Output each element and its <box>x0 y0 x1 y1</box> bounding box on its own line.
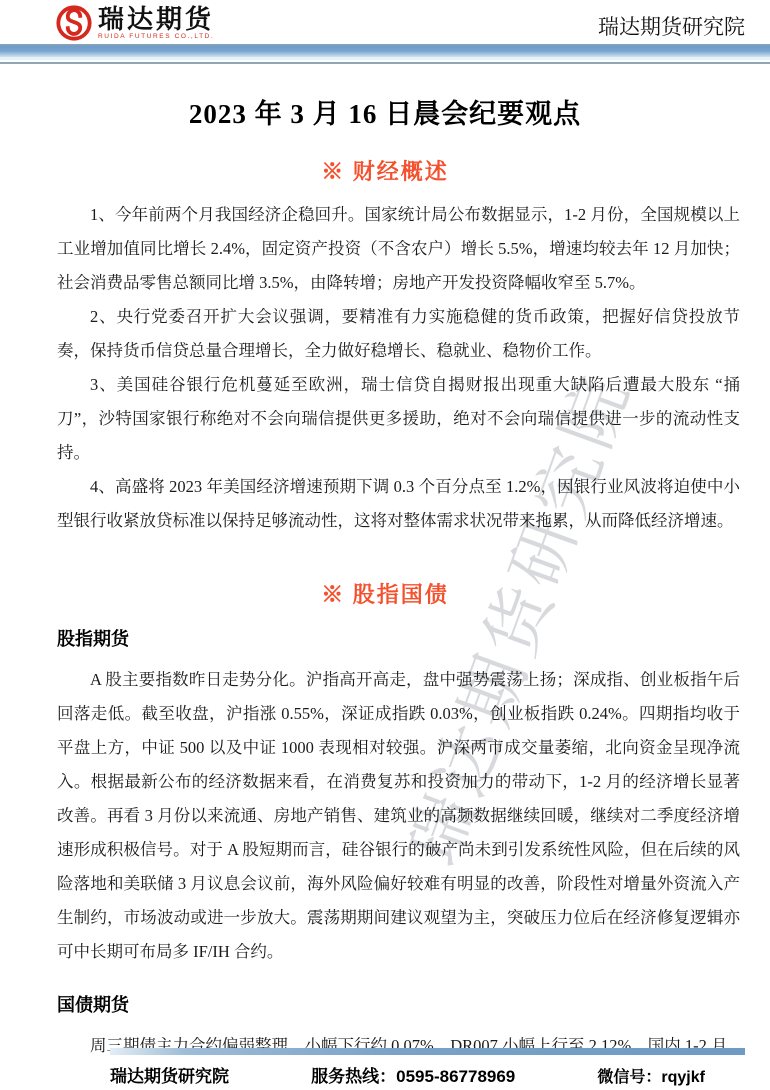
page-header: 瑞达期货 RUIDA FUTURES CO.,LTD. 瑞达期货研究院 <box>0 0 770 44</box>
section-heading-finance-overview: ※ 财经概述 <box>0 155 770 186</box>
page-footer: 瑞达期货研究院 服务热线：0595-86778969 微信号：rqyjkf <box>110 1062 745 1087</box>
paragraph-1: 1、今年前两个月我国经济企稳回升。国家统计局公布数据显示，1-2 月份，全国规模… <box>57 198 740 300</box>
subheading-stock-index-futures: 股指期货 <box>57 625 740 651</box>
document-body: 2023 年 3 月 16 日晨会纪要观点 ※ 财经概述 1、今年前两个月我国经… <box>0 62 770 1063</box>
finance-overview-paragraphs: 1、今年前两个月我国经济企稳回升。国家统计局公布数据显示，1-2 月份，全国规模… <box>57 198 740 538</box>
footer-institute: 瑞达期货研究院 <box>110 1062 229 1087</box>
header-divider-bar <box>0 44 770 64</box>
ruida-emblem-icon <box>55 4 93 42</box>
logo-name-en: RUIDA FUTURES CO.,LTD. <box>98 34 214 41</box>
paragraph-2: 2、央行党委召开扩大会议强调，要精准有力实施稳健的货币政策，把握好信贷投放节奏，… <box>57 300 740 368</box>
stock-index-futures-paragraphs: A 股主要指数昨日走势分化。沪指高开高走，盘中强势震荡上扬；深成指、创业板指午后… <box>57 663 740 969</box>
footer-hotline: 服务热线：0595-86778969 <box>311 1062 515 1087</box>
section-heading-index-bonds: ※ 股指国债 <box>0 578 770 609</box>
document-title: 2023 年 3 月 16 日晨会纪要观点 <box>0 92 770 131</box>
subheading-treasury-futures: 国债期货 <box>57 991 740 1017</box>
treasury-futures-paragraphs: 周三期债主力合约偏弱整理，小幅下行约 0.07%，DR007 小幅上行至 2.1… <box>57 1029 740 1063</box>
logo-name-cn: 瑞达期货 <box>98 6 214 32</box>
stock-index-paragraph: A 股主要指数昨日走势分化。沪指高开高走，盘中强势震荡上扬；深成指、创业板指午后… <box>57 663 740 969</box>
paragraph-3: 3、美国硅谷银行危机蔓延至欧洲，瑞士信贷自揭财报出现重大缺陷后遭最大股东 “捅刀… <box>57 368 740 470</box>
footer-wechat: 微信号：rqyjkf <box>597 1064 705 1087</box>
footer-divider-bar <box>110 1048 745 1055</box>
treasury-paragraph: 周三期债主力合约偏弱整理，小幅下行约 0.07%，DR007 小幅上行至 2.1… <box>57 1029 740 1063</box>
company-logo: 瑞达期货 RUIDA FUTURES CO.,LTD. <box>55 4 214 42</box>
header-institute-title: 瑞达期货研究院 <box>598 11 745 42</box>
paragraph-4: 4、高盛将 2023 年美国经济增速预期下调 0.3 个百分点至 1.2%，因银… <box>57 470 740 538</box>
